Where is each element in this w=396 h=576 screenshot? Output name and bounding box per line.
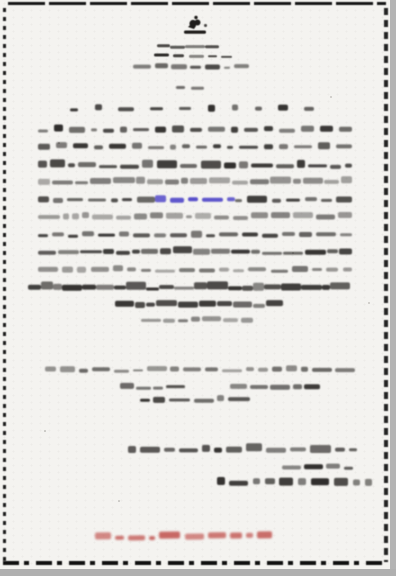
page-border-bottom <box>3 561 387 565</box>
page-border-left <box>3 8 6 562</box>
subject-line-run <box>70 101 314 111</box>
body-line-4 <box>38 174 352 184</box>
signature-line-1-run <box>128 441 357 452</box>
body-line-3 <box>38 157 352 168</box>
national-emblem-icon <box>180 15 210 39</box>
note-line-3-run <box>140 392 250 402</box>
body-line-6 <box>38 209 352 219</box>
besmellah-line <box>176 82 204 90</box>
note-line-2-run <box>120 379 185 389</box>
letterhead-line-3-run <box>133 60 249 69</box>
body-line-8 <box>38 244 352 254</box>
note-line-2-run <box>230 379 320 389</box>
signature-line-3-run <box>217 474 372 485</box>
body-line-7-run <box>38 227 352 237</box>
signature-line-3 <box>217 474 372 485</box>
letterhead-line-2 <box>154 50 232 57</box>
page-border-right <box>384 8 388 562</box>
note-line-2-run <box>185 379 230 389</box>
note-line-2 <box>120 379 320 389</box>
body-line-6-run <box>38 209 352 219</box>
stamp-line-run <box>95 526 272 540</box>
body-line-10 <box>38 279 350 290</box>
body-line-8-run <box>38 244 352 254</box>
subject-line <box>70 101 314 111</box>
letterhead-line-2-run <box>154 50 232 57</box>
letterhead-line-3 <box>133 60 249 69</box>
closing-line-2 <box>141 313 253 322</box>
signature-line-1 <box>128 441 357 452</box>
signature-line-2 <box>282 459 353 469</box>
body-line-2 <box>38 139 352 149</box>
body-line-1-run <box>38 122 352 132</box>
note-line-1 <box>45 363 355 372</box>
body-line-9-run <box>38 262 352 272</box>
scanner-margin-right <box>390 0 396 576</box>
body-line-5-run <box>235 192 352 202</box>
closing-line-2-run <box>141 313 253 322</box>
signature-line-2-run <box>282 459 353 469</box>
body-line-2-run <box>38 139 352 149</box>
note-line-3 <box>140 392 250 402</box>
letterhead-line-1-run <box>171 41 219 48</box>
body-line-5 <box>38 192 352 202</box>
letterhead-line-1 <box>171 41 219 48</box>
scanner-margin-bottom <box>0 569 396 576</box>
scanned-letter-page <box>0 0 396 576</box>
besmellah-line-run <box>176 82 204 90</box>
body-line-3-run <box>38 157 352 168</box>
body-line-9 <box>38 262 352 272</box>
stamp-line <box>95 526 272 540</box>
body-line-1 <box>38 122 352 132</box>
closing-line-1 <box>115 297 283 307</box>
body-line-7 <box>38 227 352 237</box>
note-line-1-run <box>45 363 355 372</box>
closing-line-1-run <box>115 297 283 307</box>
body-line-10-run <box>38 279 350 290</box>
body-line-5-run <box>38 192 155 202</box>
hyperlink-text[interactable] <box>155 192 235 202</box>
body-line-4-run <box>38 174 352 184</box>
page-border-top <box>8 2 386 5</box>
